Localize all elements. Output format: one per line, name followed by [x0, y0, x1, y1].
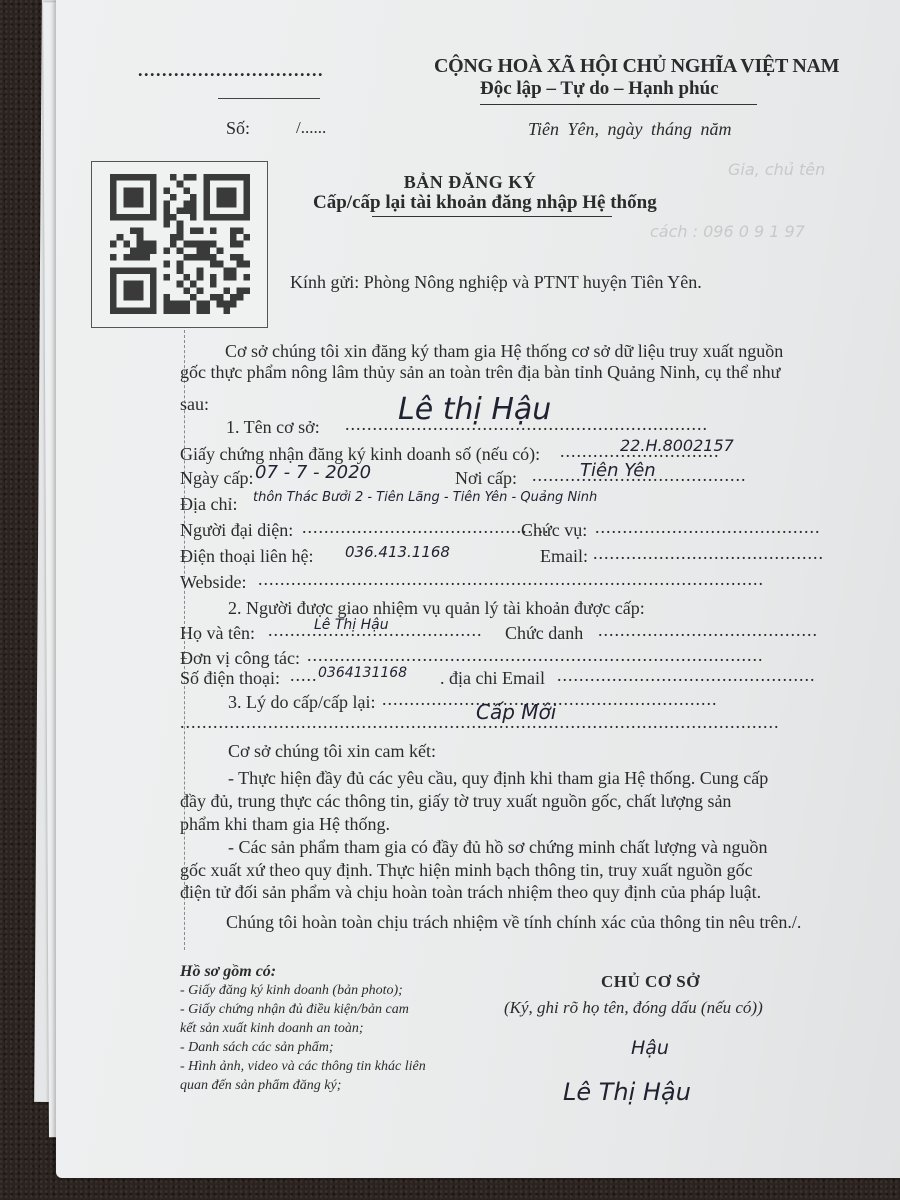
- representative-label: Người đại diện:: [180, 520, 293, 541]
- unit-label: Đơn vị công tác:: [180, 648, 300, 669]
- phone-field[interactable]: 036.413.1168: [345, 543, 450, 561]
- intro-line: gốc thực phẩm nông lâm thủy sản an toàn …: [180, 362, 780, 383]
- commitment-line: phẩm khi tham gia Hệ thống.: [180, 814, 390, 835]
- business-name-field[interactable]: Lê thị Hậu: [398, 392, 551, 427]
- business-name-label: 1. Tên cơ sở:: [226, 417, 320, 438]
- commitment-line: - Thực hiện đầy đủ các yêu cầu, quy định…: [228, 768, 768, 789]
- position-field[interactable]: ........................................…: [595, 517, 821, 538]
- attachment-item: - Giấy đăng ký kinh doanh (bản photo);: [180, 981, 426, 1000]
- agency-placeholder: ...............................: [138, 60, 324, 81]
- show-through-text: cách : 096 0 9 1 97: [650, 222, 805, 241]
- email-label: Email:: [540, 546, 588, 567]
- license-number-field[interactable]: 22.H.8002157: [620, 436, 734, 455]
- attachment-item: quan đến sản phẩm đăng ký;: [180, 1076, 426, 1095]
- issue-date-field[interactable]: 07 - 7 - 2020: [255, 462, 371, 483]
- recipient: Kính gửi: Phòng Nông nghiệp và PTNT huyệ…: [290, 272, 702, 293]
- attachment-item: - Danh sách các sản phẩm;: [180, 1038, 426, 1057]
- form-title: BẢN ĐĂNG KÝ: [0, 172, 900, 193]
- position-label: Chức vụ:: [521, 520, 587, 541]
- reason-label: 3. Lý do cấp/cấp lại:: [228, 692, 375, 713]
- contact-email-label: . địa chi Email: [440, 668, 545, 689]
- website-field[interactable]: ........................................…: [258, 569, 764, 590]
- address-field[interactable]: thôn Thác Bưởi 2 - Tiên Lãng - Tiên Yên …: [253, 490, 597, 505]
- representative-field[interactable]: ........................................…: [302, 517, 550, 538]
- unit-field[interactable]: ........................................…: [307, 645, 764, 666]
- attachment-item: kết sản xuất kinh doanh an toàn;: [180, 1019, 426, 1038]
- attachments-list: Hồ sơ gồm có: - Giấy đăng ký kinh doanh …: [180, 962, 426, 1095]
- motto: Độc lập – Tự do – Hạnh phúc: [480, 78, 719, 100]
- owner-heading: CHỦ CƠ SỞ: [601, 972, 700, 992]
- printed-name: Lê Thị Hậu: [563, 1078, 691, 1106]
- issue-place-label: Nơi cấp:: [455, 468, 517, 489]
- field-dots: .....: [290, 665, 318, 686]
- mobile-field[interactable]: 0364131168: [318, 665, 407, 681]
- divider: [218, 98, 320, 99]
- attachments-heading: Hồ sơ gồm có:: [180, 962, 426, 981]
- commitment-line: - Các sản phẩm tham gia có đầy đủ hồ sơ …: [228, 837, 767, 858]
- address-label: Địa chỉ:: [180, 494, 237, 515]
- reason-field[interactable]: Cấp Mới: [476, 700, 556, 724]
- job-title-field[interactable]: ........................................: [598, 620, 818, 641]
- nation-title: CỘNG HOÀ XÃ HỘI CHỦ NGHĨA VIỆT NAM: [434, 55, 839, 78]
- issue-place-field[interactable]: Tiên Yên: [580, 460, 656, 481]
- owner-note: (Ký, ghi rõ họ tên, đóng dấu (nếu có)): [504, 998, 763, 1018]
- commitment-heading: Cơ sở chúng tôi xin cam kết:: [228, 741, 436, 762]
- form-subtitle: Cấp/cấp lại tài khoản đăng nhập Hệ thống: [313, 192, 657, 214]
- fullname-field[interactable]: Lê Thị Hậu: [314, 617, 389, 633]
- website-label: Webside:: [180, 572, 247, 593]
- doc-number-label: Số:: [226, 118, 250, 139]
- email-field[interactable]: ........................................…: [593, 543, 824, 564]
- closing-statement: Chúng tôi hoàn toàn chịu trách nhiệm về …: [226, 912, 801, 933]
- doc-number-value: /......: [296, 118, 326, 138]
- signature: Hậu: [631, 1037, 669, 1059]
- phone-label: Điện thoại liên hệ:: [180, 546, 313, 567]
- divider: [480, 104, 757, 105]
- mobile-label: Số điện thoại:: [180, 668, 280, 689]
- commitment-line: gốc xuất xứ theo quy định. Thực hiện min…: [180, 860, 753, 881]
- issue-date-label: Ngày cấp:: [180, 468, 253, 489]
- intro-line: Cơ sở chúng tôi xin đăng ký tham gia Hệ …: [225, 341, 783, 362]
- fullname-label: Họ và tên:: [180, 623, 255, 644]
- section2-heading: 2. Người được giao nhiệm vụ quản lý tài …: [228, 598, 645, 619]
- intro-line: sau:: [180, 394, 209, 415]
- place-date: Tiên Yên, ngày tháng năm: [528, 119, 732, 140]
- contact-email-field[interactable]: ........................................…: [557, 665, 816, 686]
- attachment-item: - Hình ảnh, video và các thông tin khác …: [180, 1057, 426, 1076]
- commitment-line: đầy đủ, trung thực các thông tin, giấy t…: [180, 791, 731, 812]
- job-title-label: Chức danh: [505, 623, 583, 644]
- attachment-item: - Giấy chứng nhận đủ điều kiện/bản cam: [180, 1000, 426, 1019]
- commitment-line: điện tử đối sản phẩm và chịu hoàn toàn t…: [180, 882, 761, 903]
- divider: [372, 216, 612, 217]
